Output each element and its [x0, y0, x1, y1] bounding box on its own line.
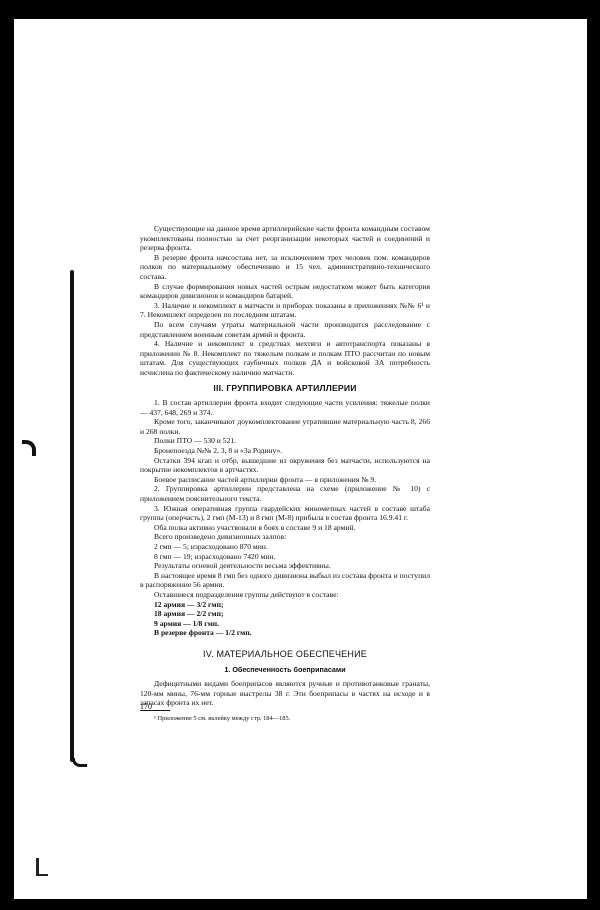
page-body: Существующие на данное время артиллерийс…: [140, 224, 430, 723]
list-item: 12 армия — 3/2 гмп;: [140, 600, 430, 610]
paragraph: Боевое расписание частей артиллерии фрон…: [140, 475, 430, 485]
list-item: 18 армия — 2/2 гмп;: [140, 609, 430, 619]
scan-artifact-corner-foot: [36, 874, 48, 876]
paragraph: Бронепоезда №№ 2, 3, 8 и «За Родину».: [140, 446, 430, 456]
section-heading-3: III. ГРУППИРОВКА АРТИЛЛЕРИИ: [140, 384, 430, 394]
paragraph: Кроме того, заканчивают доукомплектовани…: [140, 417, 430, 436]
paragraph: Дефицитными видами боеприпасов являются …: [140, 679, 430, 708]
paragraph: В случае формирования новых частей остры…: [140, 282, 430, 301]
paragraph: 3. Южная оперативная группа гвардейских …: [140, 504, 430, 523]
paragraph: В резерве фронта начсостава нет, за искл…: [140, 253, 430, 282]
paragraph: 3. Наличие и некомплект в матчасти и при…: [140, 301, 430, 320]
section-heading-4: IV. МАТЕРИАЛЬНОЕ ОБЕСПЕЧЕНИЕ: [140, 650, 430, 660]
subsection-heading: 1. Обеспеченность боеприпасами: [140, 665, 430, 675]
paragraph: Полки ПТО — 530 и 521.: [140, 436, 430, 446]
paragraph: 1. В состав артиллерии фронта входит сле…: [140, 398, 430, 417]
paragraph: Результаты огневой деятельности весьма э…: [140, 561, 430, 571]
list-item: 2 гмп — 5; израсходовано 870 мин.: [140, 542, 430, 552]
paragraph: 4. Наличие и некомплект в средствах мехт…: [140, 339, 430, 377]
paragraph: Оставшиеся подразделения группы действую…: [140, 590, 430, 600]
footnote: ¹ Приложение 5 см. вклейку между стр. 18…: [140, 715, 430, 723]
binding-shadow: [70, 270, 74, 762]
page-number: 170: [140, 702, 152, 711]
list-item: В резерве фронта — 1/2 гмп.: [140, 628, 430, 638]
paragraph: Остатки 394 кгап и отбр, вышедшие из окр…: [140, 456, 430, 475]
paragraph: Всего произведено дивизионных залпов:: [140, 532, 430, 542]
paragraph: В настоящее время 8 гмп без одного дивиз…: [140, 571, 430, 590]
paragraph: Оба полка активно участвовали в боях в с…: [140, 523, 430, 533]
paragraph: Существующие на данное время артиллерийс…: [140, 224, 430, 253]
list-item: 8 гмп — 19; израсходовано 7420 мин.: [140, 552, 430, 562]
paragraph: 2. Группировка артиллерии представлена н…: [140, 484, 430, 503]
list-item: 9 армия — 1/8 гмп.: [140, 619, 430, 629]
paragraph: По всем случаям утраты материальной част…: [140, 320, 430, 339]
